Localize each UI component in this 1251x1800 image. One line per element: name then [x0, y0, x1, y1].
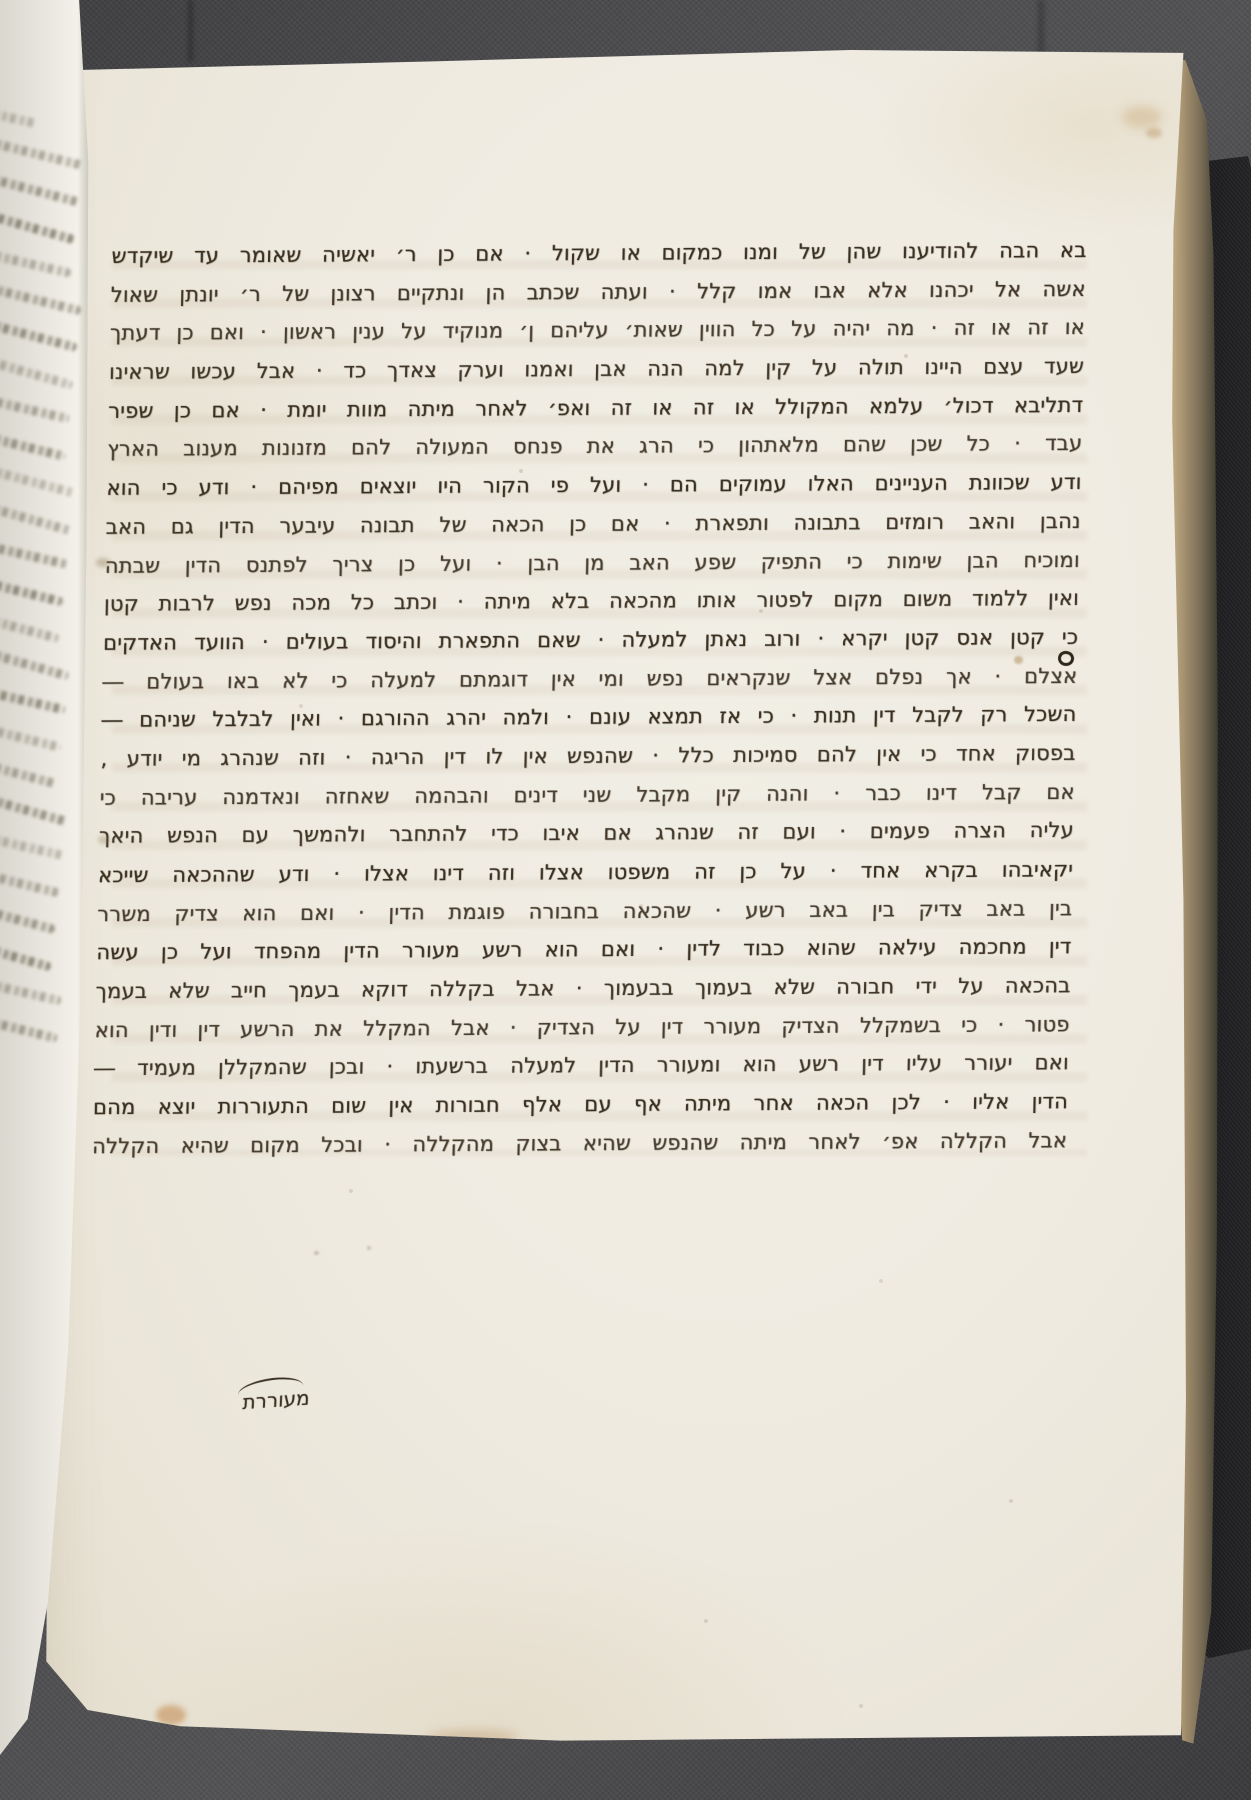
text-line: יקאיבהו בקרא אחד · על כן זה משפטו אצלו ו… — [98, 850, 1074, 895]
text-line: אם קבל דינו כבר · והנה קין מקבל שני דיני… — [99, 773, 1075, 818]
text-line: הדין אליו · לכן הכאה אחר מיתה אף עם אלף … — [93, 1082, 1069, 1127]
facing-page-blurred-text — [0, 795, 68, 826]
facing-page-blurred-text — [0, 612, 60, 643]
facing-page-blurred-text — [0, 319, 78, 352]
facing-page-blurred-text — [0, 980, 62, 1006]
text-line: בהכאה על ידי חבורה שלא בעמוך בבעמוך · אב… — [95, 966, 1071, 1011]
text-line: דין מחכמה עילאה שהוא כבוד לדין · ואם הוא… — [96, 927, 1072, 972]
stain — [156, 1705, 186, 1725]
manuscript-page: בא הבה להודיענו שהן של ומנו כמקום או שקו… — [0, 0, 1251, 1800]
text-line: בא הבה להודיענו שהן של ומנו כמקום או שקו… — [111, 231, 1087, 276]
facing-page-blurred-text — [0, 283, 82, 315]
facing-page-blurred-text — [0, 941, 52, 971]
stain — [1122, 106, 1162, 128]
speck — [367, 1246, 371, 1250]
facing-page-blurred-text — [0, 430, 66, 461]
text-line: פטור · כי בשמקלל הצדיק מעורר דין על הצדי… — [94, 1005, 1070, 1050]
stain — [1146, 128, 1162, 138]
text-line: אצלם · אך נפלם אצל שנקראים נפש ומי אין ד… — [102, 657, 1078, 702]
text-line: או זה או זה · מה יהיה על כל הווין שאות׳ … — [109, 308, 1085, 353]
facing-page-blurred-text — [0, 869, 60, 897]
text-line: השכל רק לקבל דין תנות · כי אז תמצא עונם … — [101, 695, 1077, 740]
facing-page-blurred-text — [0, 833, 64, 860]
facing-page-blurred-text — [0, 648, 70, 680]
text-block: בא הבה להודיענו שהן של ומנו כמקום או שקו… — [92, 231, 1087, 1166]
text-line: ומוכיח הבן שימות כי התפיק שפע האב מן הבן… — [104, 541, 1080, 586]
facing-page-blurred-text — [0, 394, 70, 423]
facing-page-blurred-text — [0, 247, 72, 277]
text-line: ודע שכוונת העניינים האלו עמוקים הם · ועל… — [106, 463, 1082, 508]
foxing-speck — [1014, 656, 1023, 664]
text-line: אשה אל יכהנו אלא אבו אמו קלל · ועתה שכתב… — [110, 270, 1086, 315]
text-line: אבל הקללה אפ׳ לאחר מיתה שהנפש שהיא בצוק … — [92, 1121, 1068, 1166]
facing-page-blurred-text — [0, 208, 75, 243]
facing-page-blurred-text — [0, 172, 79, 206]
text-line: דתליבא דכול׳ עלמא המקולל או זה או זה ואפ… — [108, 386, 1084, 431]
text-line: כי קטן אנס קטן יקרא · ורוב נאתן למעלה · … — [103, 618, 1079, 663]
catchword: מעוררת — [230, 1385, 323, 1416]
backdrop-cloth-seam — [188, 0, 193, 62]
facing-page-blurred-text — [0, 137, 84, 170]
facing-page-blurred-text — [0, 687, 66, 715]
facing-page-blurred-text — [0, 759, 58, 789]
text-line: ואם יעורר עליו דין רשע הוא ומעורר הדין ל… — [93, 1044, 1069, 1089]
facing-page-blurred-text — [0, 905, 56, 934]
facing-page-blurred-text — [0, 501, 72, 534]
text-line: עליה הצרה פעמים · ועם זה שנהרג אם איבו כ… — [99, 811, 1075, 856]
speck — [314, 1251, 319, 1255]
text-line: שעד עצם היינו תולה על קין למה הנה אבן וא… — [109, 347, 1085, 392]
facing-page-blurred-text — [0, 1016, 58, 1043]
text-line: בין באב צדיק בין באב רשע · שהכאה בחבורה … — [97, 889, 1073, 934]
facing-page-blurred-text — [0, 576, 64, 606]
facing-page-blurred-text — [0, 355, 73, 389]
text-line: עבד · כל שכן שהם מלאתהון כי הרג את פנחס … — [107, 424, 1083, 469]
facing-page-blurred-text — [0, 723, 62, 752]
text-line: נהבן והאב רומזים בתבונה ותפארת · אם כן ה… — [105, 502, 1081, 547]
catchword-block: מעוררת — [224, 1369, 327, 1428]
text-line: ואין ללמוד משום מקום לפטור אותו מהכאה בל… — [104, 579, 1080, 624]
facing-page-blurred-text — [0, 105, 36, 128]
facing-page-blurred-text — [0, 466, 76, 498]
facing-page-blurred-text — [0, 540, 68, 569]
text-line: בפסוק אחד כי אין להם סמיכות כלל · שהנפש … — [100, 734, 1076, 779]
